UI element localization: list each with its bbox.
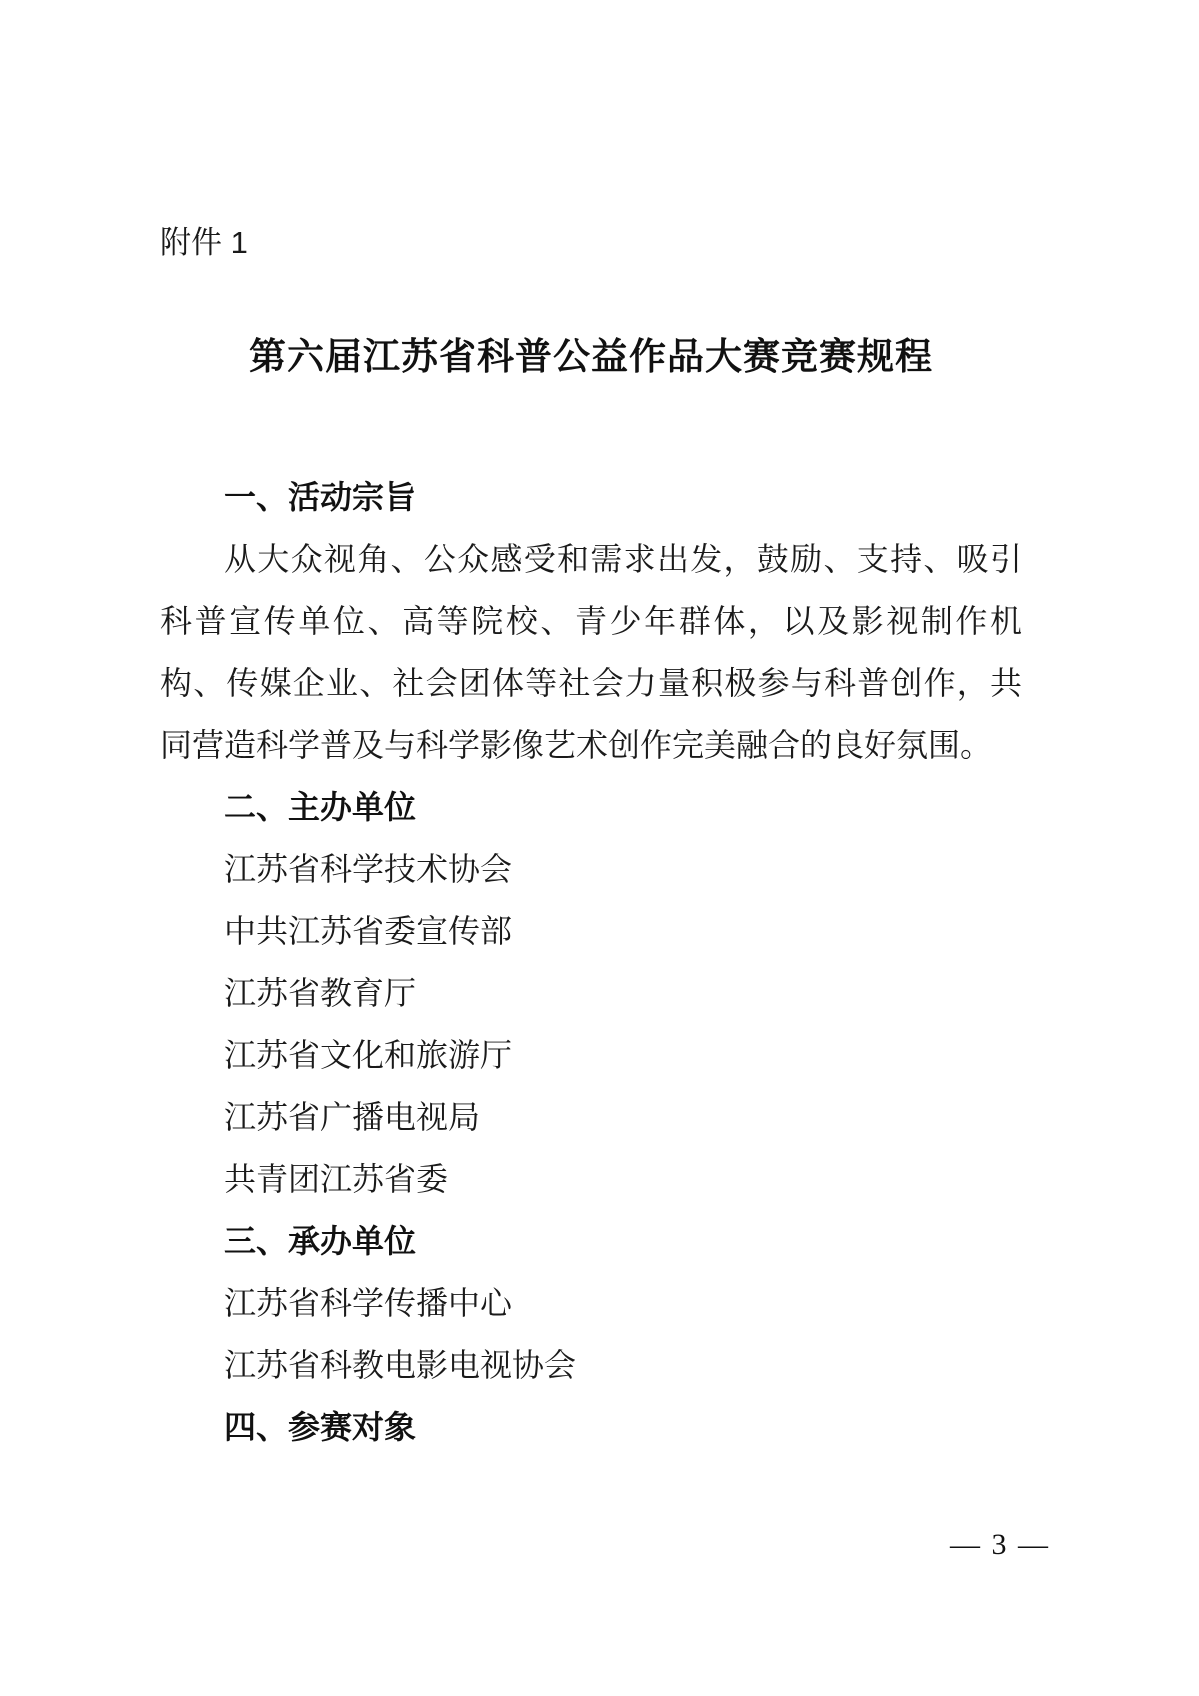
page-number: — 3 —: [950, 1528, 1050, 1562]
section-participants: 四、参赛对象: [160, 1396, 1022, 1458]
undertaker-item: 江苏省科教电影电视协会: [160, 1334, 1022, 1396]
organizer-item: 江苏省文化和旅游厅: [160, 1024, 1022, 1086]
document-title: 第六届江苏省科普公益作品大赛竞赛规程: [160, 330, 1022, 386]
section-heading-organizers: 二、主办单位: [160, 776, 1022, 838]
document-content: 附件 1 第六届江苏省科普公益作品大赛竞赛规程 一、活动宗旨 从大众视角、公众感…: [160, 212, 1022, 1458]
document-page: 附件 1 第六届江苏省科普公益作品大赛竞赛规程 一、活动宗旨 从大众视角、公众感…: [0, 0, 1199, 1696]
organizer-item: 中共江苏省委宣传部: [160, 900, 1022, 962]
organizer-item: 江苏省广播电视局: [160, 1086, 1022, 1148]
section-organizers: 二、主办单位 江苏省科学技术协会 中共江苏省委宣传部 江苏省教育厅 江苏省文化和…: [160, 776, 1022, 1210]
organizer-item: 江苏省科学技术协会: [160, 838, 1022, 900]
section-heading-participants: 四、参赛对象: [160, 1396, 1022, 1458]
section-activity-purpose: 一、活动宗旨 从大众视角、公众感受和需求出发，鼓励、支持、吸引科普宣传单位、高等…: [160, 466, 1022, 776]
section-undertakers: 三、承办单位 江苏省科学传播中心 江苏省科教电影电视协会: [160, 1210, 1022, 1396]
undertaker-item: 江苏省科学传播中心: [160, 1272, 1022, 1334]
activity-purpose-paragraph: 从大众视角、公众感受和需求出发，鼓励、支持、吸引科普宣传单位、高等院校、青少年群…: [160, 528, 1022, 776]
section-heading-undertakers: 三、承办单位: [160, 1210, 1022, 1272]
section-heading-activity-purpose: 一、活动宗旨: [160, 466, 1022, 528]
organizer-item: 共青团江苏省委: [160, 1148, 1022, 1210]
attachment-label: 附件 1: [160, 212, 1022, 274]
organizer-item: 江苏省教育厅: [160, 962, 1022, 1024]
